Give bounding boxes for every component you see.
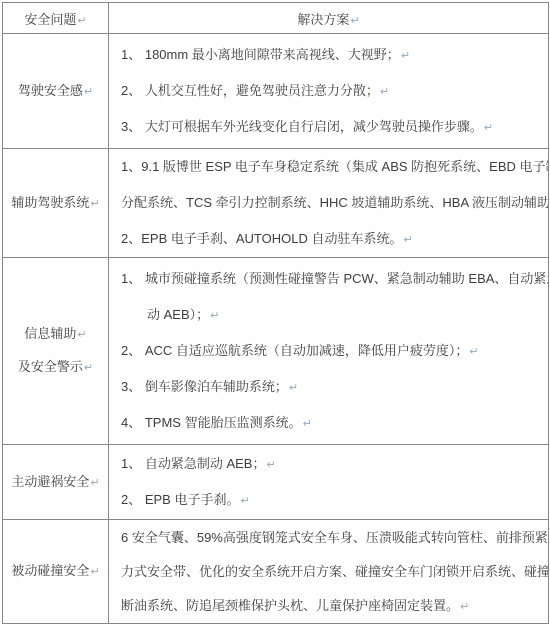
solution-cell: 1、9.1 版博世 ESP 电子车身稳定系统（集成 ABS 防抱死系统、EBD … (109, 149, 549, 258)
solution-line: 2、EPB 电子手刹、AUTOHOLD 自动驻车系统。↵ (121, 221, 546, 257)
paragraph-mark: ↵ (400, 50, 410, 62)
header-cell-issue: 安全问题↵ (3, 3, 109, 34)
paragraph-mark: ↵ (83, 86, 93, 98)
issue-label: 被动碰撞安全↵ (3, 555, 108, 588)
issue-text: 主动避祸安全 (11, 474, 89, 489)
issue-cell: 驾驶安全感↵ (3, 34, 109, 149)
paragraph-mark: ↵ (76, 15, 86, 27)
issue-text: 驾驶安全感 (18, 83, 83, 98)
paragraph-mark: ↵ (379, 86, 389, 98)
solution-text: 动 AEB）； (147, 307, 209, 322)
paragraph-mark: ↵ (89, 198, 99, 210)
paragraph-mark: ↵ (83, 362, 93, 374)
issue-label: 主动避祸安全↵ (3, 466, 108, 499)
table-row-passive-collision: 被动碰撞安全↵ 6 安全气囊、59%高强度钢笼式安全车身、压溃吸能式转向管柱、前… (3, 520, 549, 624)
solution-line: 1、 城市预碰撞系统（预测性碰撞警告 PCW、紧急制动辅助 EBA、自动紧急制 (121, 261, 546, 297)
issue-label: 驾驶安全感↵ (3, 75, 108, 108)
paragraph-mark: ↵ (89, 477, 99, 489)
table-row-assisted-driving: 辅助驾驶系统↵ 1、9.1 版博世 ESP 电子车身稳定系统（集成 ABS 防抱… (3, 149, 549, 258)
table-header-row: 安全问题↵ 解决方案↵ (3, 3, 549, 34)
solution-line: 1、9.1 版博世 ESP 电子车身稳定系统（集成 ABS 防抱死系统、EBD … (121, 149, 546, 185)
solution-line: 3、 大灯可根据车外光线变化自行启闭，减少驾驶员操作步骤。↵ (121, 109, 546, 145)
paragraph-mark: ↵ (76, 329, 86, 341)
issue-label: 辅助驾驶系统↵ (3, 187, 108, 220)
document-page: 安全问题↵ 解决方案↵ 驾驶安全感↵ 1、 180mm 最小离地间隙带来高视线、… (0, 0, 550, 626)
solution-text: 1、9.1 版博世 ESP 电子车身稳定系统（集成 ABS 防抱死系统、EBD … (121, 159, 549, 174)
solution-text: 1、 180mm 最小离地间隙带来高视线、大视野； (121, 47, 400, 62)
paragraph-mark: ↵ (468, 346, 478, 358)
solution-line: 动 AEB）；↵ (121, 297, 546, 333)
solution-cell: 1、 180mm 最小离地间隙带来高视线、大视野；↵ 2、 人机交互性好，避免驾… (109, 34, 549, 149)
paragraph-mark: ↵ (349, 15, 359, 27)
solution-line: 2、 人机交互性好，避免驾驶员注意力分散；↵ (121, 73, 546, 109)
issue-text: 信息辅助 (24, 326, 76, 341)
solution-text: 2、 人机交互性好，避免驾驶员注意力分散； (121, 83, 379, 98)
solution-text: 2、 ACC 自适应巡航系统（自动加减速，降低用户疲劳度）； (121, 343, 468, 358)
issue-cell: 主动避祸安全↵ (3, 445, 109, 520)
header-cell-solution: 解决方案↵ (109, 3, 549, 34)
header-solution-label: 解决方案 (297, 12, 349, 27)
table-row-driving-safety: 驾驶安全感↵ 1、 180mm 最小离地间隙带来高视线、大视野；↵ 2、 人机交… (3, 34, 549, 149)
paragraph-mark: ↵ (302, 418, 312, 430)
solution-line: 力式安全带、优化的安全系统开启方案、碰撞安全车门闭锁开启系统、碰撞安全 (121, 555, 546, 589)
table-row-info-assist-warning: 信息辅助↵ 及安全警示↵ 1、 城市预碰撞系统（预测性碰撞警告 PCW、紧急制动… (3, 258, 549, 445)
solution-line: 6 安全气囊、59%高强度钢笼式安全车身、压溃吸能式转向管柱、前排预紧+限 (121, 521, 546, 555)
solution-text: 2、 EPB 电子手刹。 (121, 492, 239, 507)
issue-cell: 被动碰撞安全↵ (3, 520, 109, 624)
paragraph-mark: ↵ (209, 310, 219, 322)
solution-line: 4、 TPMS 智能胎压监测系统。↵ (121, 405, 546, 441)
solution-text: 2、EPB 电子手刹、AUTOHOLD 自动驻车系统。 (121, 231, 402, 246)
issue-text: 及安全警示 (18, 359, 83, 374)
paragraph-mark: ↵ (288, 382, 298, 394)
solution-line: 1、 自动紧急制动 AEB；↵ (121, 446, 546, 482)
solution-text: 力式安全带、优化的安全系统开启方案、碰撞安全车门闭锁开启系统、碰撞安全 (121, 564, 549, 579)
solution-text: 1、 城市预碰撞系统（预测性碰撞警告 PCW、紧急制动辅助 EBA、自动紧急制 (121, 271, 549, 286)
solution-line: 2、 EPB 电子手刹。↵ (121, 482, 546, 518)
paragraph-mark: ↵ (483, 122, 493, 134)
solution-line: 3、 倒车影像泊车辅助系统；↵ (121, 369, 546, 405)
issue-label: 及安全警示↵ (3, 351, 108, 384)
issue-text: 辅助驾驶系统 (11, 195, 89, 210)
table-row-active-avoidance: 主动避祸安全↵ 1、 自动紧急制动 AEB；↵ 2、 EPB 电子手刹。↵ (3, 445, 549, 520)
solution-text: 分配系统、TCS 牵引力控制系统、HHC 坡道辅助系统、HBA 液压制动辅助系统… (121, 195, 549, 210)
solution-text: 断油系统、防追尾颈椎保护头枕、儿童保护座椅固定装置。 (121, 598, 459, 613)
safety-table: 安全问题↵ 解决方案↵ 驾驶安全感↵ 1、 180mm 最小离地间隙带来高视线、… (2, 2, 549, 624)
paragraph-mark: ↵ (459, 601, 469, 613)
paragraph-mark: ↵ (239, 495, 249, 507)
issue-text: 被动碰撞安全 (11, 563, 89, 578)
paragraph-mark: ↵ (89, 566, 99, 578)
solution-text: 6 安全气囊、59%高强度钢笼式安全车身、压溃吸能式转向管柱、前排预紧+限 (121, 530, 549, 545)
solution-cell: 1、 自动紧急制动 AEB；↵ 2、 EPB 电子手刹。↵ (109, 445, 549, 520)
solution-line: 断油系统、防追尾颈椎保护头枕、儿童保护座椅固定装置。↵ (121, 589, 546, 623)
solution-text: 4、 TPMS 智能胎压监测系统。 (121, 415, 302, 430)
solution-text: 1、 自动紧急制动 AEB； (121, 456, 265, 471)
solution-text: 3、 大灯可根据车外光线变化自行启闭，减少驾驶员操作步骤。 (121, 119, 483, 134)
solution-line: 1、 180mm 最小离地间隙带来高视线、大视野；↵ (121, 37, 546, 73)
solution-text: 3、 倒车影像泊车辅助系统； (121, 379, 288, 394)
issue-label: 信息辅助↵ (3, 318, 108, 351)
solution-line: 2、 ACC 自适应巡航系统（自动加减速，降低用户疲劳度）；↵ (121, 333, 546, 369)
paragraph-mark: ↵ (265, 459, 275, 471)
solution-cell: 1、 城市预碰撞系统（预测性碰撞警告 PCW、紧急制动辅助 EBA、自动紧急制 … (109, 258, 549, 445)
paragraph-mark: ↵ (402, 234, 412, 246)
solution-line: 分配系统、TCS 牵引力控制系统、HHC 坡道辅助系统、HBA 液压制动辅助系统… (121, 185, 546, 221)
issue-cell: 信息辅助↵ 及安全警示↵ (3, 258, 109, 445)
header-issue-label: 安全问题 (24, 12, 76, 27)
solution-cell: 6 安全气囊、59%高强度钢笼式安全车身、压溃吸能式转向管柱、前排预紧+限 力式… (109, 520, 549, 624)
issue-cell: 辅助驾驶系统↵ (3, 149, 109, 258)
